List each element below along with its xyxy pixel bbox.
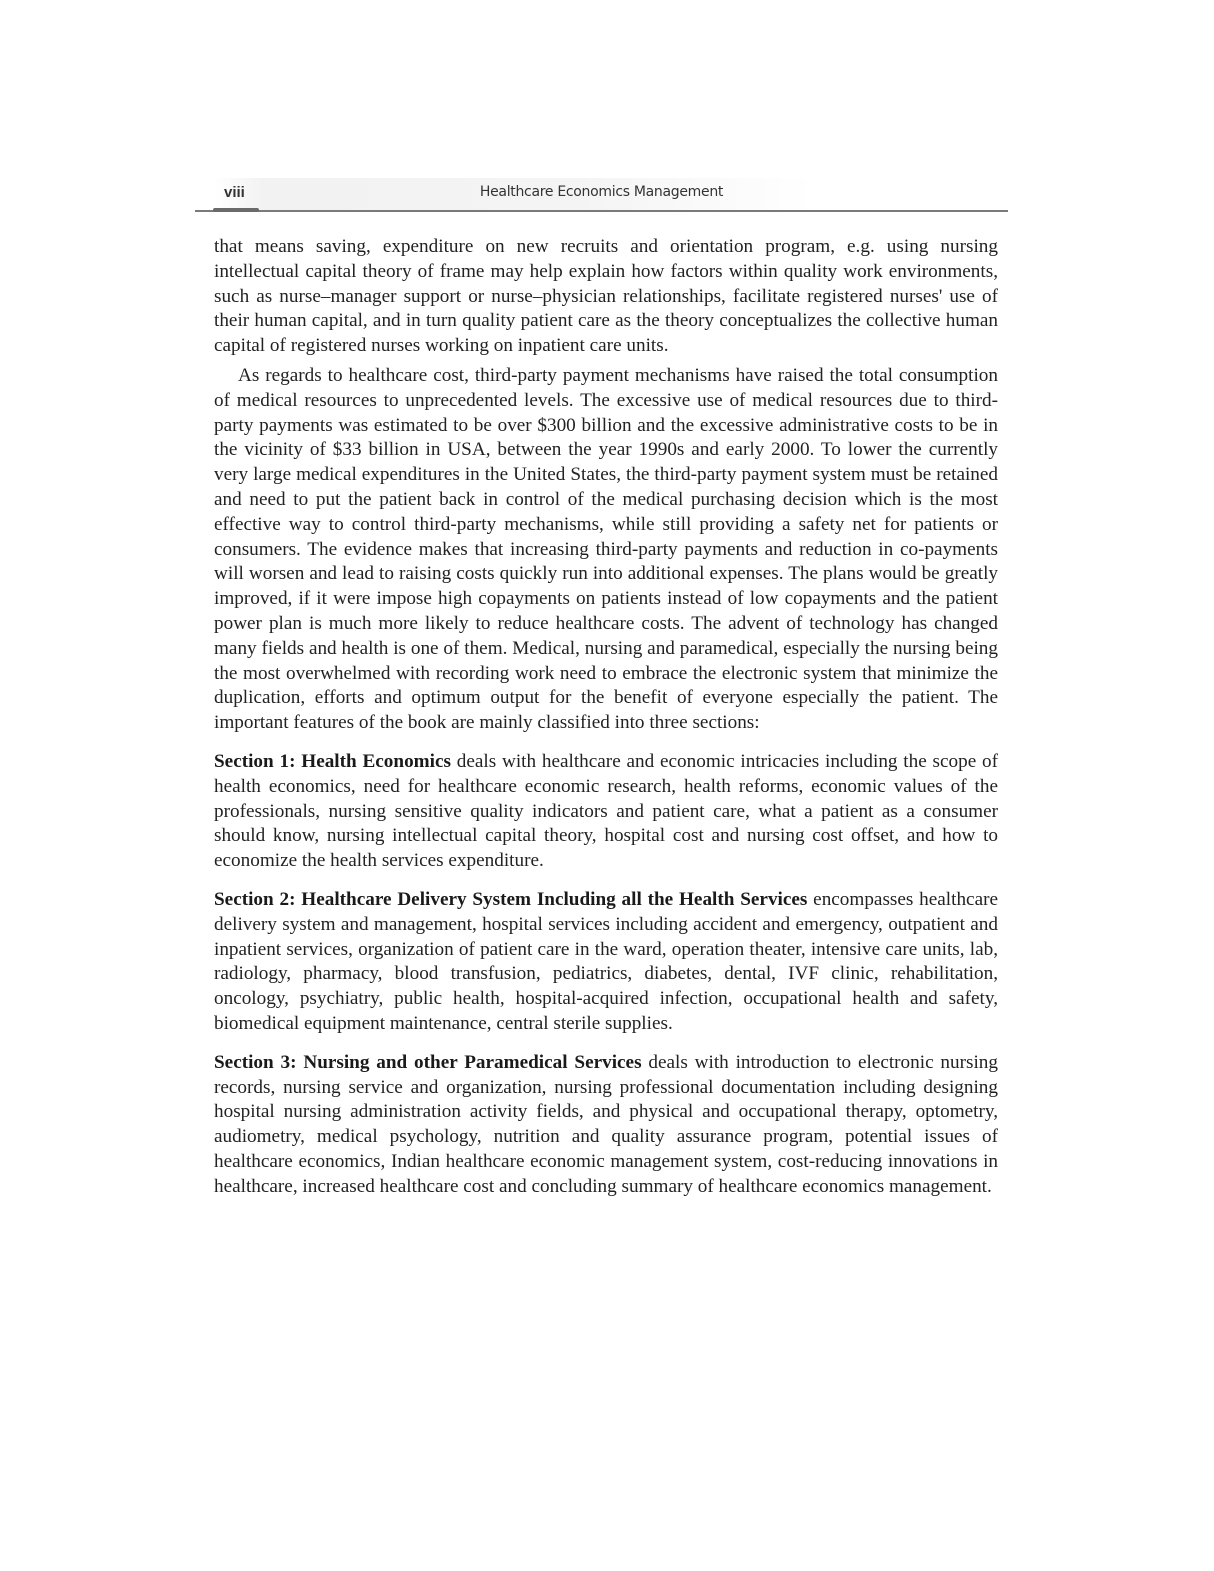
header-rule bbox=[195, 210, 1008, 212]
section-2-summary: Section 2: Healthcare Delivery System In… bbox=[214, 888, 998, 1037]
paragraph-continued: that means saving, expenditure on new re… bbox=[214, 235, 998, 359]
page-header: viii Healthcare Economics Management bbox=[195, 178, 1008, 212]
paragraph-healthcare-cost: As regards to healthcare cost, third-par… bbox=[214, 364, 998, 736]
section-2-text: encompasses healthcare delivery system a… bbox=[214, 889, 998, 1034]
running-title: Healthcare Economics Management bbox=[195, 184, 1008, 200]
section-3-summary: Section 3: Nursing and other Paramedical… bbox=[214, 1051, 998, 1200]
section-3-text: deals with introduction to electronic nu… bbox=[214, 1052, 998, 1197]
section-3-title: Section 3: Nursing and other Paramedical… bbox=[214, 1052, 642, 1073]
section-1-title: Section 1: Health Economics bbox=[214, 751, 451, 772]
page-body: that means saving, expenditure on new re… bbox=[214, 235, 998, 1199]
header-rule-tab bbox=[213, 208, 259, 212]
section-2-title: Section 2: Healthcare Delivery System In… bbox=[214, 889, 807, 910]
section-1-summary: Section 1: Health Economics deals with h… bbox=[214, 750, 998, 874]
